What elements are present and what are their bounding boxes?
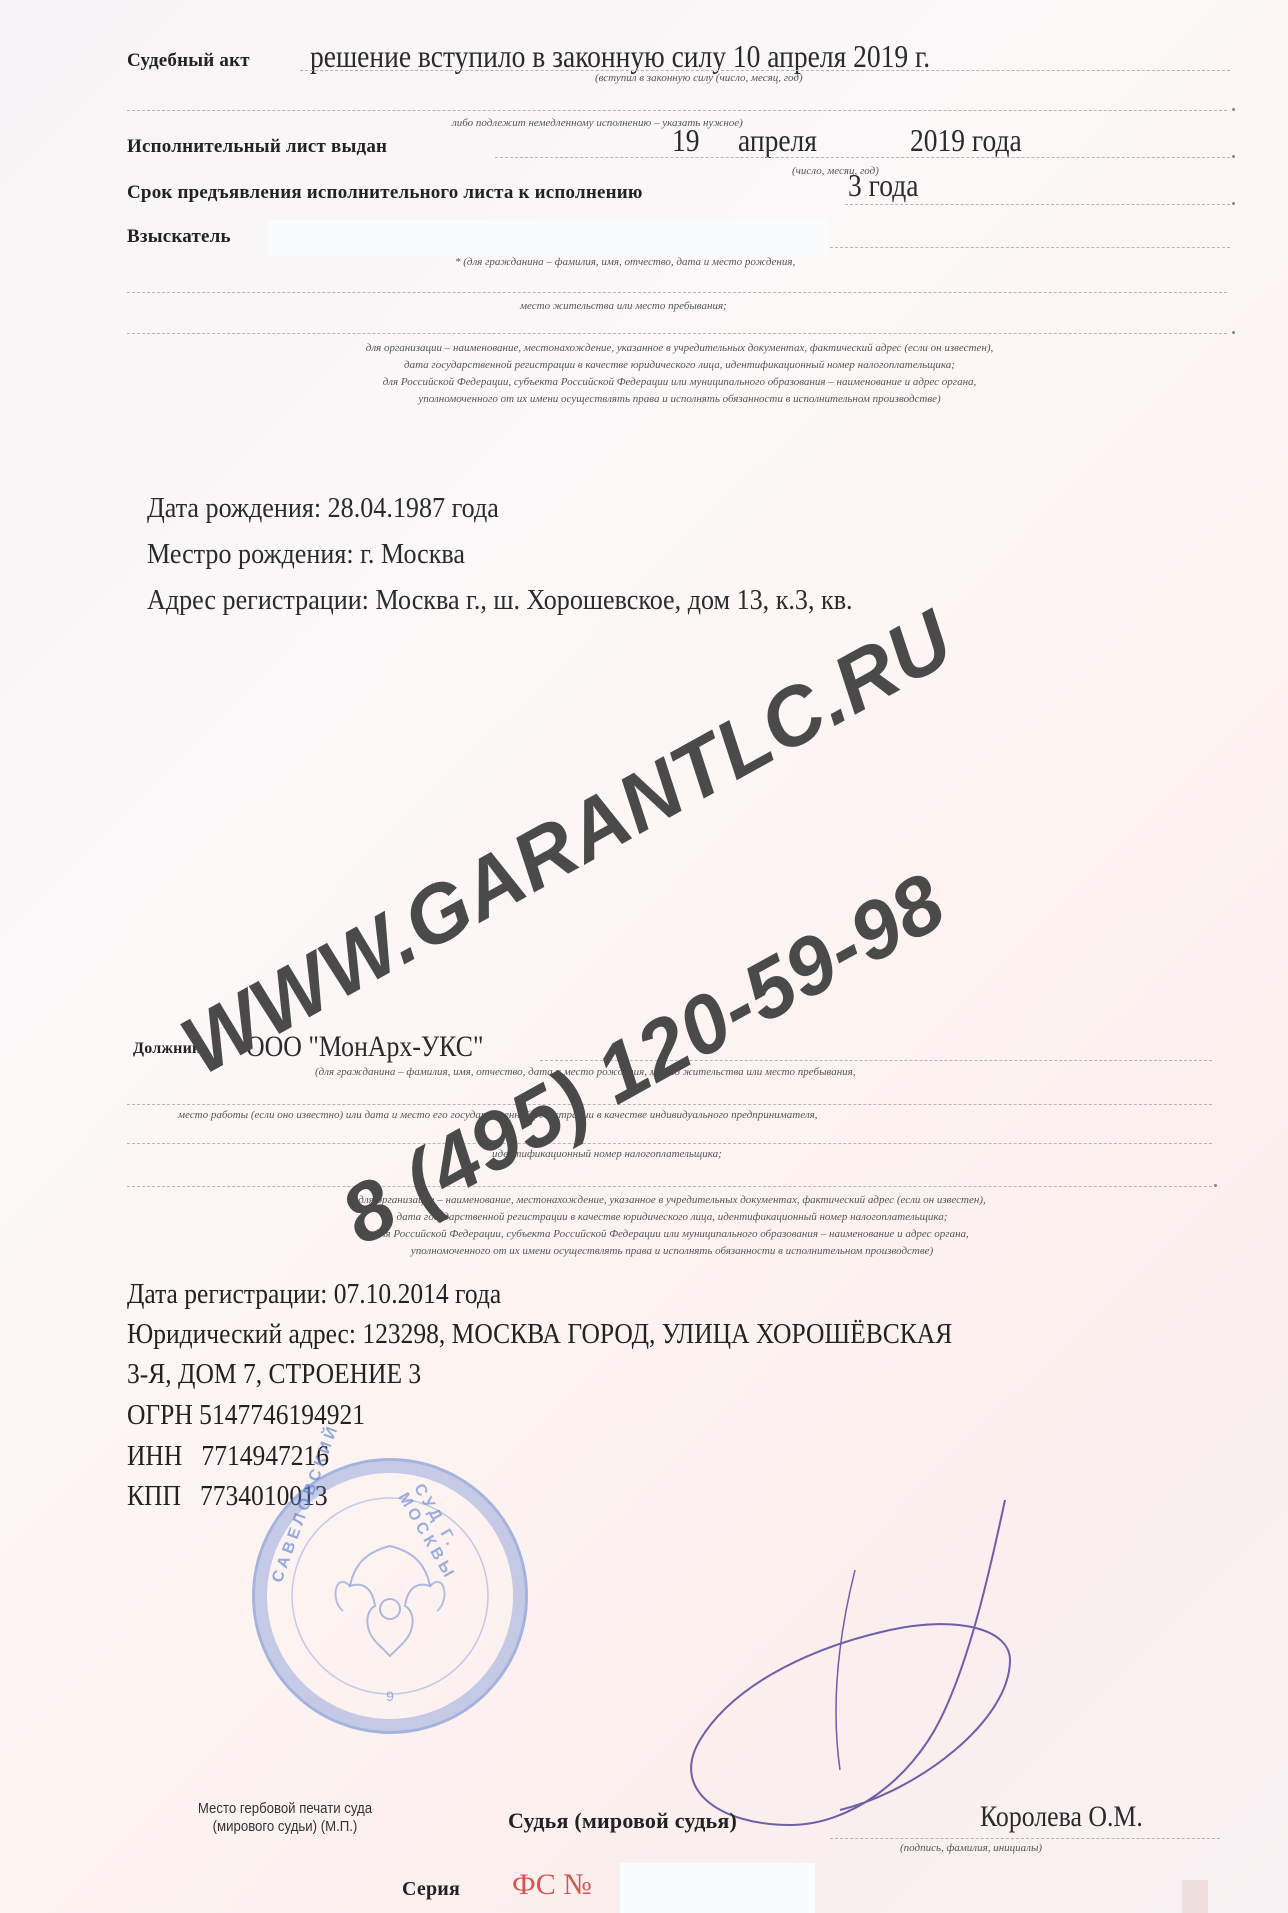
claimant-birth-date: Дата рождения: 28.04.1987 года: [147, 492, 499, 525]
judge-name: Королева О.М.: [980, 1800, 1143, 1834]
presentation-term-rule: [845, 204, 1230, 205]
writ-issued-rule: [495, 157, 1230, 158]
redacted-series-number: [620, 1863, 815, 1913]
debtor-org-hint-line: для Российской Федерации, субъекта Росси…: [127, 1226, 1217, 1243]
seal-place: Место гербовой печати суда (мирового суд…: [166, 1800, 404, 1836]
debtor-org-hint-line: дата государственной регистрации в качес…: [127, 1209, 1217, 1226]
judicial-act-label: Судебный акт: [127, 50, 250, 72]
debtor-legal-address-cont: 3-Я, ДОМ 7, СТРОЕНИЕ 3: [127, 1358, 421, 1391]
writ-issued-month: апреля: [738, 122, 817, 159]
claimant-org-hint-line: уполномоченного от их имени осуществлять…: [127, 391, 1232, 408]
debtor-registration-date: Дата регистрации: 07.10.2014 года: [127, 1278, 501, 1311]
judicial-act-rule-2: [127, 110, 1227, 111]
series-value: ФС №: [512, 1868, 592, 1902]
svg-text:9: 9: [386, 1688, 394, 1704]
claimant-org-hint-line: для организации – наименование, местонах…: [127, 340, 1232, 357]
rule-end-dot: [1214, 1184, 1217, 1187]
claimant-org-hint-line: дата государственной регистрации в качес…: [127, 357, 1232, 374]
claimant-rule: [830, 247, 1230, 248]
claimant-org-hint: для организации – наименование, местонах…: [127, 340, 1232, 408]
judge-label: Судья (мировой судья): [508, 1808, 737, 1834]
writ-issued-day: 19: [672, 122, 700, 159]
judicial-act-hint: (вступил в законную силу (число, месяц, …: [595, 72, 803, 84]
debtor-org-hint: для организации – наименование, местонах…: [127, 1192, 1217, 1260]
judge-hint: (подпись, фамилия, инициалы): [900, 1842, 1042, 1854]
redacted-claimant-name: [268, 220, 828, 256]
presentation-term-value: 3 года: [848, 167, 918, 204]
judicial-act-rule: [300, 70, 1230, 71]
claimant-org-hint-line: для Российской Федерации, субъекта Росси…: [127, 374, 1232, 391]
writ-issued-label: Исполнительный лист выдан: [127, 136, 387, 158]
judge-rule: [830, 1838, 1220, 1839]
rule-end-dot: [1232, 108, 1235, 111]
debtor-rule-3: [127, 1143, 1212, 1144]
rule-end-dot: [1232, 202, 1235, 205]
claimant-label: Взыскатель: [127, 226, 231, 248]
series-label: Серия: [402, 1878, 460, 1901]
debtor-rule-4: [127, 1186, 1212, 1187]
seal-place-line: (мирового судьи) (М.П.): [166, 1818, 404, 1836]
debtor-org-hint-line: для организации – наименование, местонах…: [127, 1192, 1217, 1209]
corner-mark: [1182, 1880, 1208, 1913]
watermark-url: WWW.GARANTLC.RU: [166, 592, 968, 1094]
rule-end-dot: [1232, 155, 1235, 158]
debtor-org-hint-line: уполномоченного от их имени осуществлять…: [127, 1243, 1217, 1260]
seal-place-line: Место гербовой печати суда: [166, 1800, 404, 1818]
judge-signature: [640, 1490, 1040, 1840]
claimant-hint-2: место жительства или место пребывания;: [520, 300, 727, 312]
court-stamp: 9 САВЕЛОВСКИЙ СУД Г. МОСКВЫ: [252, 1458, 528, 1734]
presentation-term-label: Срок предъявления исполнительного листа …: [127, 182, 643, 204]
coat-of-arms-icon: 9: [255, 1461, 525, 1731]
rule-end-dot: [1232, 331, 1235, 334]
claimant-address: Адрес регистрации: Москва г., ш. Хорошев…: [147, 584, 853, 617]
claimant-birth-place: Местро рождения: г. Москва: [147, 538, 465, 571]
claimant-hint-1: * (для гражданина – фамилия, имя, отчест…: [455, 256, 795, 268]
claimant-rule-3: [127, 333, 1227, 334]
claimant-rule-2: [127, 292, 1227, 293]
debtor-legal-address: Юридический адрес: 123298, МОСКВА ГОРОД,…: [127, 1318, 952, 1351]
debtor-rule-2: [127, 1104, 1212, 1105]
writ-issued-year: 2019 года: [910, 122, 1022, 159]
